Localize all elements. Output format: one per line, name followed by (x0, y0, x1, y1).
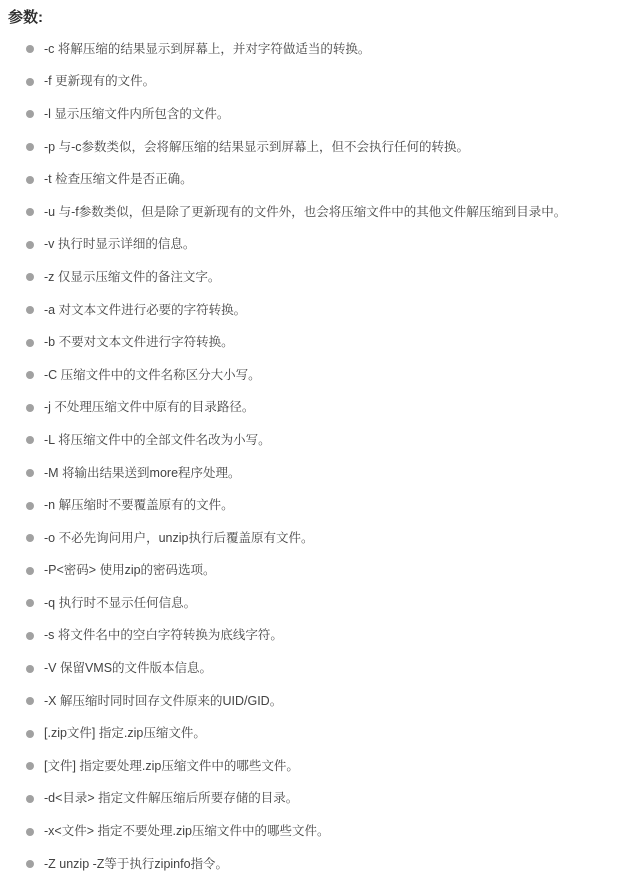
bullet-icon (26, 730, 34, 738)
list-item: -x<文件> 指定不要处理.zip压缩文件中的哪些文件。 (0, 815, 640, 848)
list-item: -P<密码> 使用zip的密码选项。 (0, 555, 640, 588)
param-item-text: -z 仅显示压缩文件的备注文字。 (44, 269, 220, 286)
param-item-text: -X 解压缩时同时回存文件原来的UID/GID。 (44, 693, 282, 710)
param-item-text: -c 将解压缩的结果显示到屏幕上，并对字符做适当的转换。 (44, 41, 370, 58)
param-item-text: -s 将文件名中的空白字符转换为底线字符。 (44, 627, 283, 644)
bullet-icon (26, 45, 34, 53)
bullet-icon (26, 404, 34, 412)
param-item-text: -l 显示压缩文件内所包含的文件。 (44, 106, 229, 123)
param-item-text: -u 与-f参数类似，但是除了更新现有的文件外，也会将压缩文件中的其他文件解压缩… (44, 204, 566, 221)
bullet-icon (26, 469, 34, 477)
list-item: -X 解压缩时同时回存文件原来的UID/GID。 (0, 685, 640, 718)
bullet-icon (26, 371, 34, 379)
param-item-text: -n 解压缩时不要覆盖原有的文件。 (44, 497, 234, 514)
list-item: -q 执行时不显示任何信息。 (0, 587, 640, 620)
list-item: -V 保留VMS的文件版本信息。 (0, 652, 640, 685)
list-item: -d<目录> 指定文件解压缩后所要存储的目录。 (0, 783, 640, 816)
bullet-icon (26, 632, 34, 640)
list-item: -v 执行时显示详细的信息。 (0, 229, 640, 262)
list-item: -s 将文件名中的空白字符转换为底线字符。 (0, 620, 640, 653)
document-page: 参数: -c 将解压缩的结果显示到屏幕上，并对字符做适当的转换。 -f 更新现有… (0, 0, 640, 880)
bullet-icon (26, 665, 34, 673)
bullet-icon (26, 762, 34, 770)
param-item-text: [文件] 指定要处理.zip压缩文件中的哪些文件。 (44, 758, 299, 775)
param-item-text: -t 检查压缩文件是否正确。 (44, 171, 193, 188)
bullet-icon (26, 599, 34, 607)
list-item: -c 将解压缩的结果显示到屏幕上，并对字符做适当的转换。 (0, 33, 640, 66)
list-item: -p 与-c参数类似，会将解压缩的结果显示到屏幕上，但不会执行任何的转换。 (0, 131, 640, 164)
bullet-icon (26, 143, 34, 151)
list-item: -L 将压缩文件中的全部文件名改为小写。 (0, 424, 640, 457)
param-item-text: -P<密码> 使用zip的密码选项。 (44, 562, 216, 579)
param-item-text: -o 不必先询问用户，unzip执行后覆盖原有文件。 (44, 530, 313, 547)
bullet-icon (26, 795, 34, 803)
list-item: -Z unzip -Z等于执行zipinfo指令。 (0, 848, 640, 880)
param-item-text: -x<文件> 指定不要处理.zip压缩文件中的哪些文件。 (44, 823, 329, 840)
param-item-text: -a 对文本文件进行必要的字符转换。 (44, 302, 246, 319)
bullet-icon (26, 208, 34, 216)
page-title: 参数: (8, 8, 640, 27)
bullet-icon (26, 306, 34, 314)
list-item: -o 不必先询问用户，unzip执行后覆盖原有文件。 (0, 522, 640, 555)
list-item: -C 压缩文件中的文件名称区分大小写。 (0, 359, 640, 392)
list-item: -j 不处理压缩文件中原有的目录路径。 (0, 392, 640, 425)
list-item: -n 解压缩时不要覆盖原有的文件。 (0, 489, 640, 522)
list-item: [文件] 指定要处理.zip压缩文件中的哪些文件。 (0, 750, 640, 783)
bullet-icon (26, 273, 34, 281)
bullet-icon (26, 78, 34, 86)
param-item-text: -C 压缩文件中的文件名称区分大小写。 (44, 367, 261, 384)
param-item-text: -f 更新现有的文件。 (44, 73, 155, 90)
list-item: -a 对文本文件进行必要的字符转换。 (0, 294, 640, 327)
bullet-icon (26, 241, 34, 249)
bullet-icon (26, 339, 34, 347)
param-item-text: -b 不要对文本文件进行字符转换。 (44, 334, 234, 351)
list-item: -M 将输出结果送到more程序处理。 (0, 457, 640, 490)
bullet-icon (26, 436, 34, 444)
bullet-icon (26, 697, 34, 705)
param-item-text: -L 将压缩文件中的全部文件名改为小写。 (44, 432, 271, 449)
list-item: -z 仅显示压缩文件的备注文字。 (0, 261, 640, 294)
list-item: -t 检查压缩文件是否正确。 (0, 163, 640, 196)
bullet-icon (26, 110, 34, 118)
list-item: -b 不要对文本文件进行字符转换。 (0, 326, 640, 359)
param-item-text: -q 执行时不显示任何信息。 (44, 595, 196, 612)
bullet-icon (26, 860, 34, 868)
param-list: -c 将解压缩的结果显示到屏幕上，并对字符做适当的转换。 -f 更新现有的文件。… (0, 33, 640, 880)
list-item: -f 更新现有的文件。 (0, 66, 640, 99)
param-item-text: -V 保留VMS的文件版本信息。 (44, 660, 212, 677)
param-item-text: -j 不处理压缩文件中原有的目录路径。 (44, 399, 254, 416)
param-item-text: -d<目录> 指定文件解压缩后所要存储的目录。 (44, 790, 298, 807)
param-item-text: -v 执行时显示详细的信息。 (44, 236, 195, 253)
bullet-icon (26, 176, 34, 184)
param-item-text: [.zip文件] 指定.zip压缩文件。 (44, 725, 206, 742)
bullet-icon (26, 567, 34, 575)
param-item-text: -p 与-c参数类似，会将解压缩的结果显示到屏幕上，但不会执行任何的转换。 (44, 139, 469, 156)
bullet-icon (26, 534, 34, 542)
list-item: [.zip文件] 指定.zip压缩文件。 (0, 717, 640, 750)
bullet-icon (26, 502, 34, 510)
param-item-text: -M 将输出结果送到more程序处理。 (44, 465, 241, 482)
list-item: -l 显示压缩文件内所包含的文件。 (0, 98, 640, 131)
param-item-text: -Z unzip -Z等于执行zipinfo指令。 (44, 856, 228, 873)
list-item: -u 与-f参数类似，但是除了更新现有的文件外，也会将压缩文件中的其他文件解压缩… (0, 196, 640, 229)
bullet-icon (26, 828, 34, 836)
